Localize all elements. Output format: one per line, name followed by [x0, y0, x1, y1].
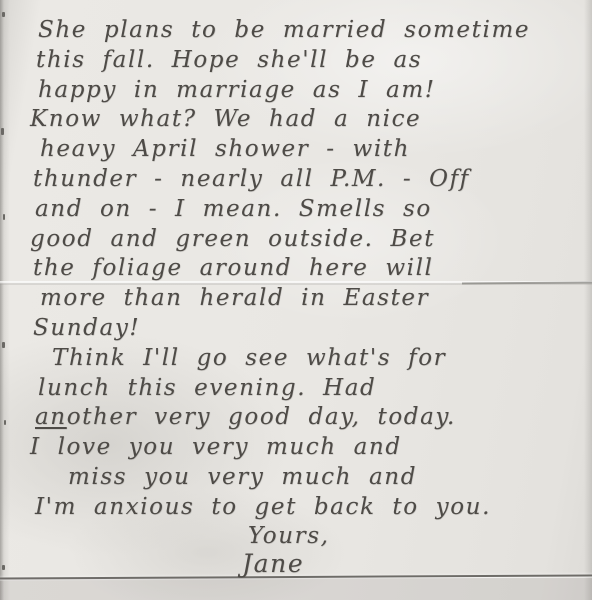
letter-line: Think I'll go see what's for [52, 344, 446, 372]
paper-right-edge-shadow [584, 0, 592, 600]
letter-line: another very good day, today. [35, 403, 456, 431]
paper-speck [1, 128, 4, 135]
letter-line: happy in marriage as I am! [38, 76, 436, 104]
letter-line: Sunday! [33, 314, 140, 342]
underlined-text: an [35, 404, 67, 430]
letter-line: thunder - nearly all P.M. - Off [33, 165, 470, 193]
paper-speck [4, 420, 6, 425]
letter-signature: Jane [242, 550, 304, 578]
letter-line: miss you very much and [68, 463, 417, 491]
letter-line: I love you very much and [30, 433, 402, 461]
letter-line: good and green outside. Bet [30, 225, 435, 253]
letter-line: and on - I mean. Smells so [35, 195, 432, 223]
paper-speck [3, 214, 5, 220]
letter-closing: Yours, [248, 522, 330, 550]
paper-below-fold-shading [0, 578, 592, 600]
letter-page: She plans to be married sometimethis fal… [0, 0, 592, 600]
letter-line: this fall. Hope she'll be as [36, 46, 422, 74]
letter-line: lunch this evening. Had [38, 374, 376, 402]
letter-line: She plans to be married sometime [38, 16, 530, 44]
letter-line: heavy April shower - with [40, 135, 410, 163]
paper-speck [2, 342, 5, 348]
letter-line: Know what? We had a nice [30, 105, 421, 133]
letter-line: the foliage around here will [33, 254, 434, 282]
letter-line: I'm anxious to get back to you. [35, 493, 491, 521]
letter-line: more than herald in Easter [40, 284, 429, 312]
paper-left-edge-shadow [0, 0, 10, 600]
letter-line-text: other very good day, today. [67, 404, 456, 430]
paper-speck [2, 565, 5, 570]
paper-speck [2, 12, 5, 17]
